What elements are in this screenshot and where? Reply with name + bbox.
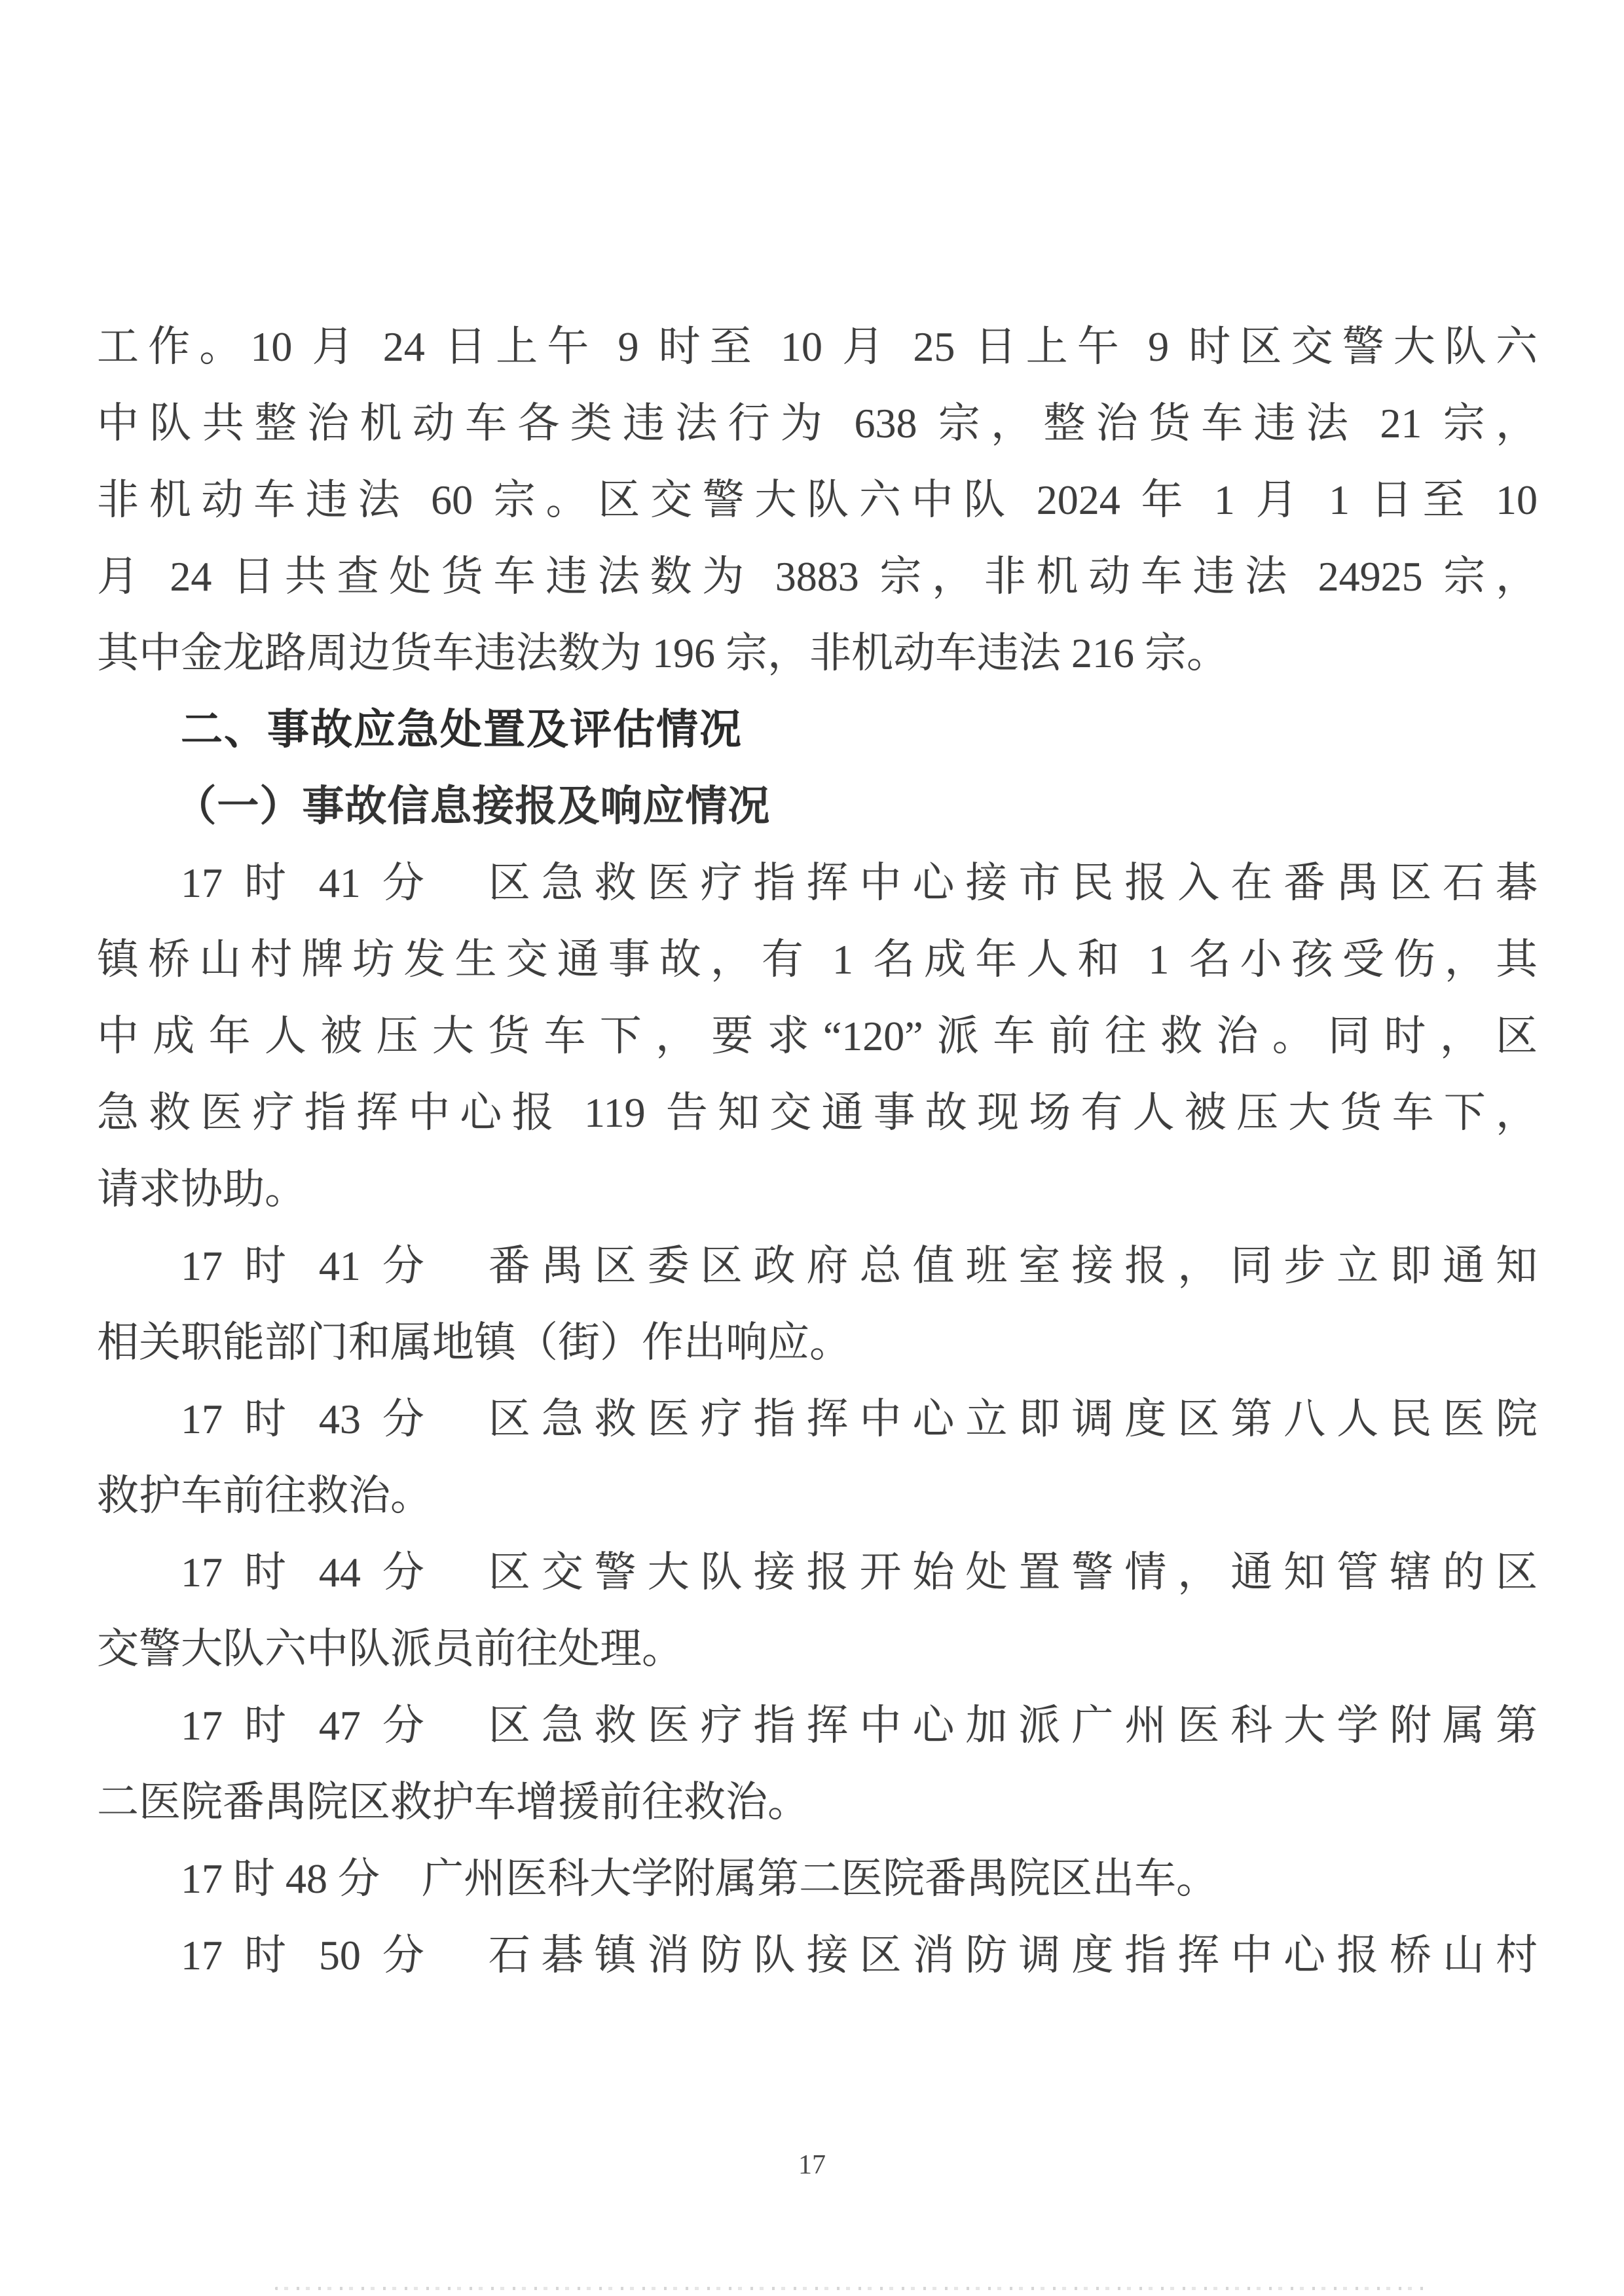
text-line: 17 时 41 分 区急救医疗指挥中心接市民报入在番禺区石碁: [97, 845, 1538, 921]
text-line: 17 时 48 分 广州医科大学附属第二医院番禺院区出车。: [97, 1840, 1538, 1917]
text-body: 工作。10 月 24 日上午 9 时至 10 月 25 日上午 9 时区交警大队…: [97, 308, 1538, 1994]
subsection-heading: （一）事故信息接报及响应情况: [97, 768, 1538, 845]
text-line: 中队共整治机动车各类违法行为 638 宗，整治货车违法 21 宗，: [97, 385, 1538, 462]
text-line: 17 时 44 分 区交警大队接报开始处置警情，通知管辖的区: [97, 1534, 1538, 1611]
text-line: 救护车前往救治。: [97, 1457, 1538, 1534]
text-line: 非机动车违法 60 宗。区交警大队六中队 2024 年 1 月 1 日至 10: [97, 462, 1538, 538]
section-heading: 二、事故应急处置及评估情况: [97, 691, 1538, 768]
scan-edge-artifact: [275, 2287, 1428, 2290]
page-number: 17: [0, 2149, 1624, 2181]
text-line: 17 时 41 分 番禺区委区政府总值班室接报，同步立即通知: [97, 1228, 1538, 1304]
text-line: 镇桥山村牌坊发生交通事故，有 1 名成年人和 1 名小孩受伤，其: [97, 921, 1538, 998]
text-line: 工作。10 月 24 日上午 9 时至 10 月 25 日上午 9 时区交警大队…: [97, 308, 1538, 385]
text-line: 急救医疗指挥中心报 119 告知交通事故现场有人被压大货车下，: [97, 1074, 1538, 1151]
text-line: 17 时 43 分 区急救医疗指挥中心立即调度区第八人民医院: [97, 1381, 1538, 1457]
text-line: 请求协助。: [97, 1151, 1538, 1228]
text-line: 月 24 日共查处货车违法数为 3883 宗，非机动车违法 24925 宗，: [97, 538, 1538, 615]
text-line: 17 时 50 分 石碁镇消防队接区消防调度指挥中心报桥山村: [97, 1917, 1538, 1994]
text-line: 其中金龙路周边货车违法数为 196 宗，非机动车违法 216 宗。: [97, 615, 1538, 691]
document-page: 工作。10 月 24 日上午 9 时至 10 月 25 日上午 9 时区交警大队…: [0, 0, 1624, 2296]
text-line: 二医院番禺院区救护车增援前往救治。: [97, 1764, 1538, 1840]
text-line: 中成年人被压大货车下，要求“120”派车前往救治。同时，区: [97, 998, 1538, 1074]
text-line: 相关职能部门和属地镇（街）作出响应。: [97, 1304, 1538, 1381]
text-line: 交警大队六中队派员前往处理。: [97, 1611, 1538, 1687]
text-line: 17 时 47 分 区急救医疗指挥中心加派广州医科大学附属第: [97, 1687, 1538, 1764]
